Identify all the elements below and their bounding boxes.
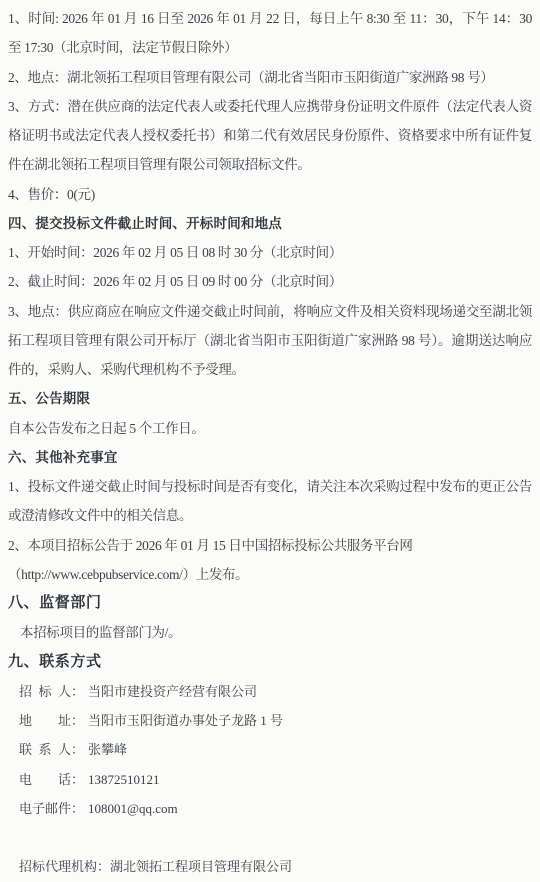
contact-colon: ：	[71, 772, 84, 787]
section4-heading: 四、提交投标文件截止时间、开标时间和地点	[8, 209, 532, 238]
contact-label: 招标人	[19, 677, 71, 706]
contact-colon: ：	[71, 713, 84, 728]
supplement2-line1: 2、本项目招标公告于 2026 年 01 月 15 日中国招标投标公共服务平台网	[8, 531, 532, 560]
item-submit-location-line1: 3、地点：供应商应在响应文件递交截止时间前，将响应文件及相关资料现场递交至湖北领	[8, 297, 532, 326]
item-submit-location-line2: 拓工程项目管理有限公司开标厅（湖北省当阳市玉阳街道广家洲路 98 号）。逾期送达…	[8, 326, 532, 355]
item-time-line2: 至 17:30（北京时间，法定节假日除外）	[8, 33, 532, 62]
contact-value: 张攀峰	[84, 742, 127, 757]
supplement2-line2: （http://www.cebpubservice.com/）上发布。	[8, 560, 532, 589]
contact-row-bidder: 招标人：当阳市建投资产经营有限公司	[8, 677, 532, 706]
agency-colon: ：	[97, 859, 110, 874]
section5-heading: 五、公告期限	[8, 384, 532, 413]
announcement-period: 自本公告发布之日起 5 个工作日。	[8, 414, 532, 443]
supervision-department: 本招标项目的监督部门为/。	[8, 618, 532, 647]
agency-value: 湖北领拓工程项目管理有限公司	[110, 859, 292, 874]
contact-value: 13872510121	[84, 772, 160, 787]
item-method-line3: 件在湖北领拓工程项目管理有限公司领取招标文件。	[8, 150, 532, 179]
item-time-line1: 1、时间: 2026 年 01 月 16 日至 2026 年 01 月 22 日…	[8, 4, 532, 33]
item-deadline-time: 2、截止时间：2026 年 02 月 05 日 09 时 00 分（北京时间）	[8, 267, 532, 296]
contact-label: 地址	[19, 706, 71, 735]
contact-row-person: 联系人：张攀峰	[8, 735, 532, 764]
supplement1-line2: 或澄清修改文件中的相关信息。	[8, 501, 532, 530]
section9-heading: 九、联系方式	[8, 648, 532, 677]
contact-value: 当阳市玉阳街道办事处子龙路 1 号	[84, 713, 283, 728]
document-page: 1、时间: 2026 年 01 月 16 日至 2026 年 01 月 22 日…	[0, 0, 540, 882]
section6-heading: 六、其他补充事宜	[8, 443, 532, 472]
contact-row-address: 地址：当阳市玉阳街道办事处子龙路 1 号	[8, 706, 532, 735]
contact-label: 电话	[19, 765, 71, 794]
contact-colon: ：	[71, 742, 84, 757]
item-method-line1: 3、方式：潜在供应商的法定代表人或委托代理人应携带身份证明文件原件（法定代表人资	[8, 92, 532, 121]
contact-label: 电子邮件	[19, 794, 71, 823]
item-price: 4、售价：0(元)	[8, 180, 532, 209]
item-start-time: 1、开始时间：2026 年 02 月 05 日 08 时 30 分（北京时间）	[8, 238, 532, 267]
contact-row-phone: 电话：13872510121	[8, 765, 532, 794]
agency-row: 招标代理机构：湖北领拓工程项目管理有限公司	[8, 852, 532, 881]
section8-heading: 八、监督部门	[8, 589, 532, 618]
contact-colon: ：	[71, 801, 84, 816]
item-location: 2、地点：湖北领拓工程项目管理有限公司（湖北省当阳市玉阳街道广家洲路 98 号）	[8, 63, 532, 92]
contact-row-email: 电子邮件：108001@qq.com	[8, 794, 532, 823]
item-submit-location-line3: 件的，采购人、采购代理机构不予受理。	[8, 355, 532, 384]
contact-value: 108001@qq.com	[84, 801, 178, 816]
supplement1-line1: 1、投标文件递交截止时间与投标时间是否有变化，请关注本次采购过程中发布的更正公告	[8, 472, 532, 501]
contact-value: 当阳市建投资产经营有限公司	[84, 684, 257, 699]
contact-label: 联系人	[19, 735, 71, 764]
blank-line	[8, 823, 532, 852]
item-method-line2: 格证明书或法定代表人授权委托书）和第二代有效居民身份原件、资格要求中所有证件复印	[8, 121, 532, 150]
contact-colon: ：	[71, 684, 84, 699]
agency-label: 招标代理机构	[19, 859, 97, 874]
